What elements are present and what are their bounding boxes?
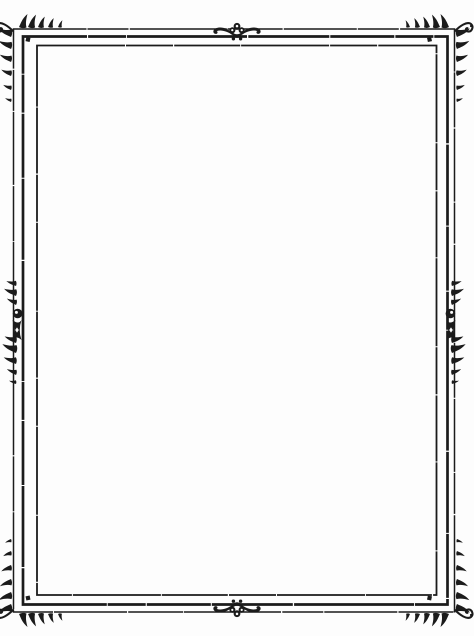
- edge-ornament-bottom-center: [213, 600, 260, 618]
- decorative-frame-page: [0, 0, 474, 636]
- corner-ornament-bottom-left: [0, 539, 62, 627]
- frame-rules: [14, 29, 455, 612]
- edge-ornament-top-center: [213, 23, 260, 41]
- middle-rule: [23, 37, 448, 605]
- edge-ornament-left-center: [2, 280, 22, 385]
- outer-rule: [14, 29, 455, 612]
- inner-corner-dots: [26, 37, 432, 600]
- ornate-frame-graphic: [0, 0, 474, 636]
- corner-ornament-top-right: [406, 14, 473, 102]
- inner-rule: [37, 46, 437, 596]
- corner-ornament-top-left: [0, 14, 62, 102]
- corner-ornament-bottom-right: [406, 539, 473, 627]
